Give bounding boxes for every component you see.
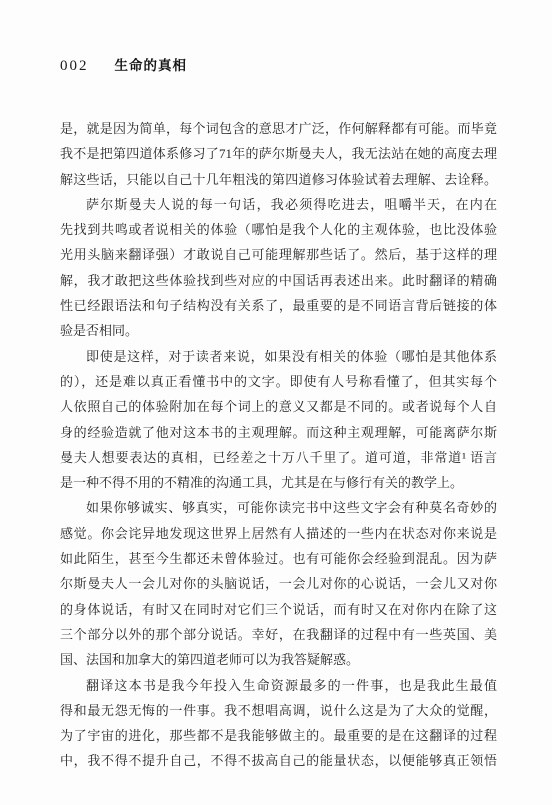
text-line: 先找到共鸣或者说相关的体验（哪怕是我个人化的主观体验，也比没体验 [60,217,497,242]
text-line: 性已经跟语法和句子结构没有关系了，最重要的是不同语言背后链接的体 [60,293,497,318]
text-line: 中，我不得不提升自己，不得不拔高自己的能量状态，以便能够真正领悟 [60,748,497,773]
text-line: 解这些话，只能以自己十几年粗浅的第四道修习体验试着去理解、去诠释。 [60,167,497,192]
text-line: 得和最无怨无悔的一件事。我不想唱高调，说什么这是为了大众的觉醒， [60,698,497,723]
text-line: 的身体说话，有时又在同时对它们三个说话，而有时又在对你内在除了这 [60,597,497,622]
text-line: 如果你够诚实、够真实，可能你读完书中这些文字会有种莫名奇妙的 [60,495,497,520]
text-line: 的），还是难以真正看懂书中的文字。即使有人号称看懂了，但其实每个 [60,369,497,394]
text-line: 人依照自己的体验附加在每个词上的意义又都是不同的。或者说每个人自 [60,394,497,419]
text-line: 萨尔斯曼夫人说的每一句话，我必须得吃进去，咀嚼半天，在内在 [60,192,497,217]
text-line: 即使是这样，对于读者来说，如果没有相关的体验（哪怕是其他体系 [60,344,497,369]
text-line: 我不是把第四道体系修习了71年的萨尔斯曼夫人，我无法站在她的高度去理 [60,141,497,166]
text-line: 身的经验造就了他对这本书的主观理解。而这种主观理解，可能离萨尔斯 [60,420,497,445]
text-line: 是，就是因为简单，每个词包含的意思才广泛，作何解释都有可能。而毕竟 [60,116,497,141]
page-header: 002 生命的真相 [60,54,187,75]
book-title: 生命的真相 [115,54,188,74]
text-line: 解，我才敢把这些体验找到些对应的中国话再表述出来。此时翻译的精确 [60,268,497,293]
text-line: 为了宇宙的进化，那些都不是我能够做主的。最重要的是在这翻译的过程 [60,723,497,748]
page-number: 002 [60,58,89,75]
text-line: 曼夫人想要表达的真相，已经差之十万八千里了。道可道，非常道¹ 语言 [60,445,497,470]
text-line: 三个部分以外的那个部分说话。幸好，在我翻译的过程中有一些英国、美 [60,622,497,647]
text-line: 尔斯曼夫人一会儿对你的头脑说话，一会儿对你的心说话，一会儿又对你 [60,571,497,596]
text-line: 国、法国和加拿大的第四道老师可以为我答疑解惑。 [60,647,497,672]
text-line: 光用头脑来翻译强）才敢说自己可能理解那些话了。然后，基于这样的理 [60,242,497,267]
text-line: 验是否相同。 [60,318,497,343]
book-page: 002 生命的真相 是，就是因为简单，每个词包含的意思才广泛，作何解释都有可能。… [0,0,552,805]
text-line: 感觉。你会诧异地发现这世界上居然有人描述的一些内在状态对你来说是 [60,521,497,546]
text-line: 如此陌生，甚至今生都还未曾体验过。也有可能你会经验到混乱。因为萨 [60,546,497,571]
text-line: 翻译这本书是我今年投入生命资源最多的一件事，也是我此生最值 [60,673,497,698]
text-line: 是一种不得不用的不精准的沟通工具，尤其是在与修行有关的教学上。 [60,470,497,495]
page-body: 是，就是因为简单，每个词包含的意思才广泛，作何解释都有可能。而毕竟我不是把第四道… [60,116,497,774]
